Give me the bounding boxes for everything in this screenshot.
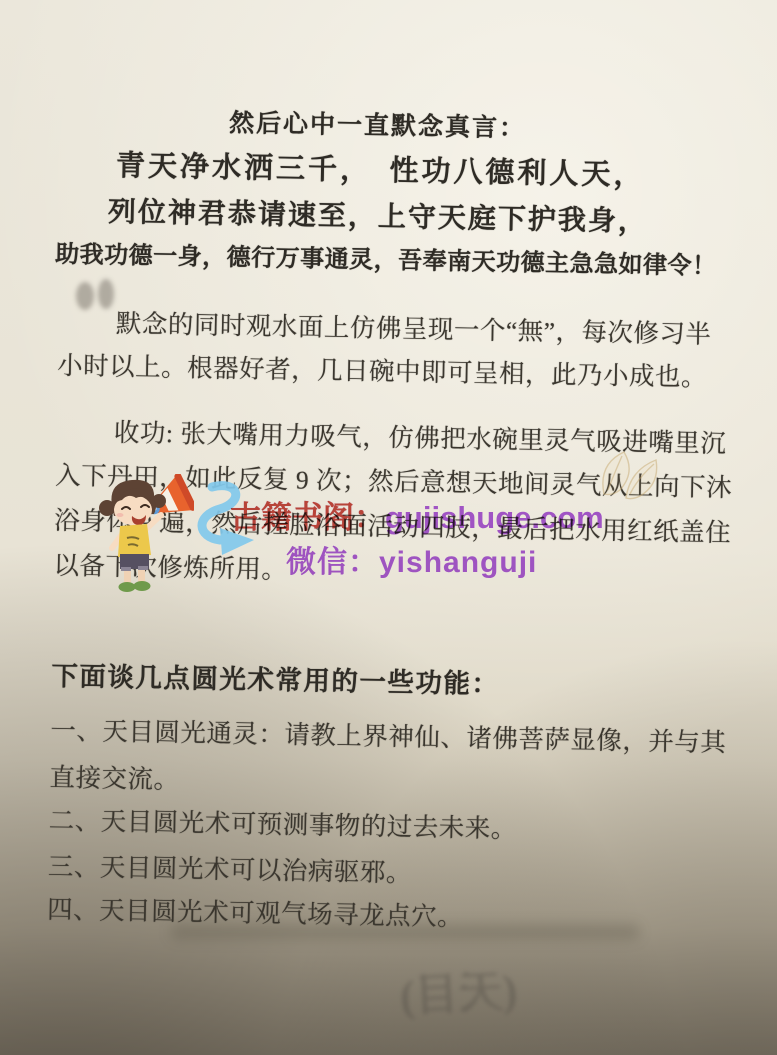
mantra-intro-line: 然后心中一直默念真言：: [47, 106, 707, 148]
leaf-sketch-icon: [596, 444, 668, 506]
shadow-band: [170, 924, 640, 940]
mantra-line-1: 青天净水洒三千， 性功八德利人天，: [50, 148, 711, 195]
photographed-book-page: 然后心中一直默念真言： 青天净水洒三千， 性功八德利人天， 列位神君恭请速至，上…: [0, 0, 777, 1055]
showthrough-smudge-1: [76, 282, 94, 310]
watermark-line-1: 古籍书阁：gujishuge.com: [230, 492, 604, 537]
paragraph-1-line-1: 默念的同时观水面上仿佛呈现一个“無”，每次修习半: [116, 309, 712, 351]
list-item-2: 二、天目圆光术可预测事物的过去未来。: [49, 806, 517, 845]
list-item-1-line-1: 一、天目圆光通灵：请教上界神仙、诸佛菩萨显像，并与其: [50, 716, 726, 759]
mantra-line-2: 列位神君恭请速至，上守天庭下护我身，: [48, 195, 709, 241]
watermark-site-domain: gujishuge.com: [385, 500, 604, 535]
list-item-3: 三、天目圆光术可以治病驱邪。: [48, 852, 413, 889]
list-item-1-line-2: 直接交流。: [49, 763, 180, 796]
mantra-line-3: 助我功德一身，德行万事通灵，吾奉南天功德主急急如律令！: [55, 241, 715, 282]
watermark-wechat-line: 微信：yishanguji: [286, 537, 537, 581]
showthrough-smudge-2: [98, 279, 114, 309]
watermark-site-label: 古籍书阁：: [230, 500, 385, 535]
showthrough-mirrored-text: (天目): [291, 954, 519, 1026]
paragraph-1-line-2: 小时以上。根器好者，几日碗中即可呈相，此乃小成也。: [57, 351, 707, 394]
cheering-girl-with-megaphone-icon: [94, 474, 194, 599]
section-heading: 下面谈几点圆光术常用的一些功能：: [51, 661, 500, 701]
